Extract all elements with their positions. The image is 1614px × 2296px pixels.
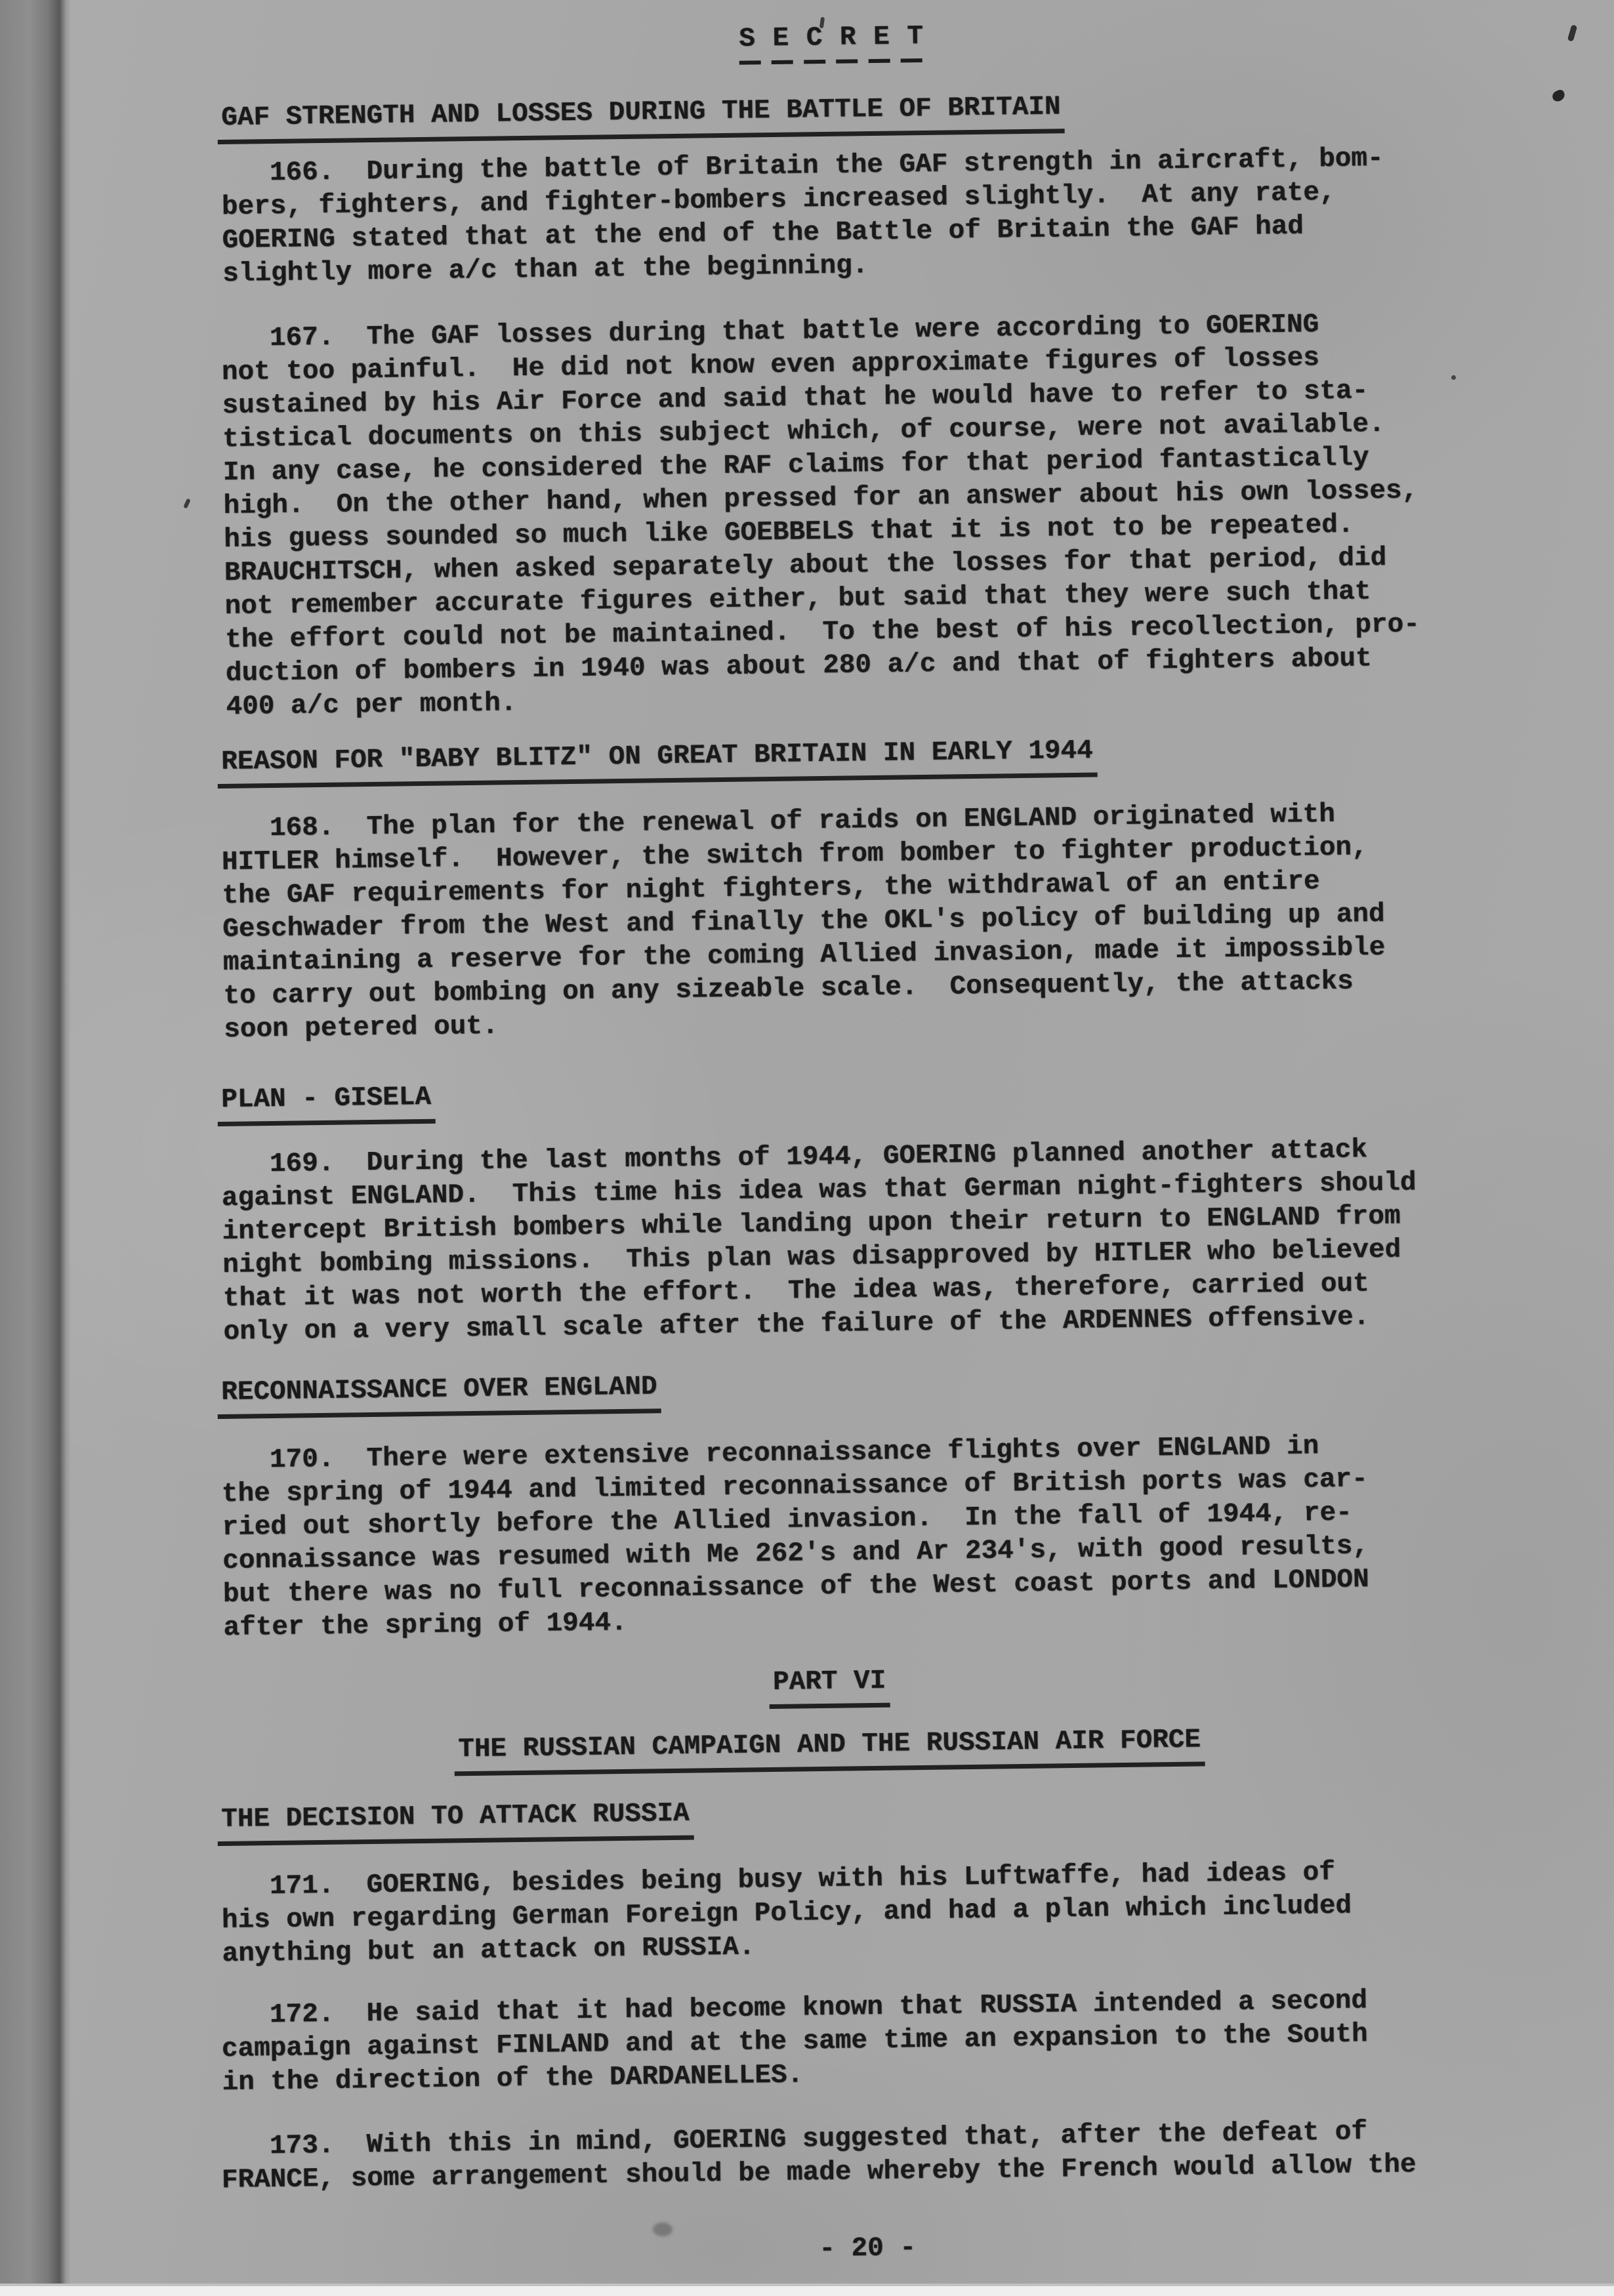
paragraph-172: 172. He said that it had become known th… <box>221 1984 1443 2100</box>
section-heading-reconnaissance: RECONNAISSANCE OVER ENGLAND <box>221 1361 1442 1419</box>
section-heading-text: RECONNAISSANCE OVER ENGLAND <box>217 1370 661 1419</box>
part-title-text: PART VI <box>769 1665 890 1709</box>
section-heading-text: REASON FOR "BABY BLITZ" ON GREAT BRITAIN… <box>217 735 1097 789</box>
paragraph-168: 168. The plan for the renewal of raids o… <box>221 797 1445 1047</box>
paragraph-171: 171. GOERING, besides being busy with hi… <box>221 1855 1443 1971</box>
paragraph-167: 167. The GAF losses during that battle w… <box>221 307 1447 724</box>
section-heading-decision-attack-russia: THE DECISION TO ATTACK RUSSIA <box>221 1788 1442 1846</box>
page-bottom-edge <box>0 2284 1614 2296</box>
ink-speck <box>1451 375 1456 380</box>
page-number: - 20 - <box>257 2224 1478 2274</box>
part-title: PART VI <box>221 1658 1442 1716</box>
section-heading-gaf-strength: GAF STRENGTH AND LOSSES DURING THE BATTL… <box>221 86 1442 144</box>
ink-speck <box>1551 89 1567 103</box>
paragraph-169: 169. During the last months of 1944, GOE… <box>221 1133 1444 1349</box>
paragraph-173: 173. With this in mind, GOERING suggeste… <box>221 2115 1442 2198</box>
paragraph-166: 166. During the battle of Britain the GA… <box>221 142 1443 291</box>
part-subtitle: THE RUSSIAN CAMPAIGN AND THE RUSSIAN AIR… <box>221 1721 1442 1779</box>
page-left-edge-shadow <box>0 0 71 2296</box>
section-heading-plan-gisela: PLAN - GISELA <box>221 1068 1442 1126</box>
section-heading-baby-blitz: REASON FOR "BABY BLITZ" ON GREAT BRITAIN… <box>221 730 1442 789</box>
scanned-document-page: S E C R E T GAF STRENGTH AND LOSSES DURI… <box>0 0 1614 2296</box>
classification-stamp: S E C R E T <box>221 14 1442 72</box>
ink-speck <box>183 498 191 508</box>
classification-text: S E C R E T <box>739 20 924 65</box>
section-heading-text: GAF STRENGTH AND LOSSES DURING THE BATTL… <box>217 91 1065 144</box>
section-heading-text: PLAN - GISELA <box>217 1081 436 1126</box>
section-heading-text: THE DECISION TO ATTACK RUSSIA <box>217 1797 693 1846</box>
paragraph-170: 170. There were extensive reconnaissance… <box>221 1429 1444 1645</box>
part-subtitle-text: THE RUSSIAN CAMPAIGN AND THE RUSSIAN AIR… <box>454 1723 1205 1776</box>
ink-speck <box>1567 24 1578 42</box>
